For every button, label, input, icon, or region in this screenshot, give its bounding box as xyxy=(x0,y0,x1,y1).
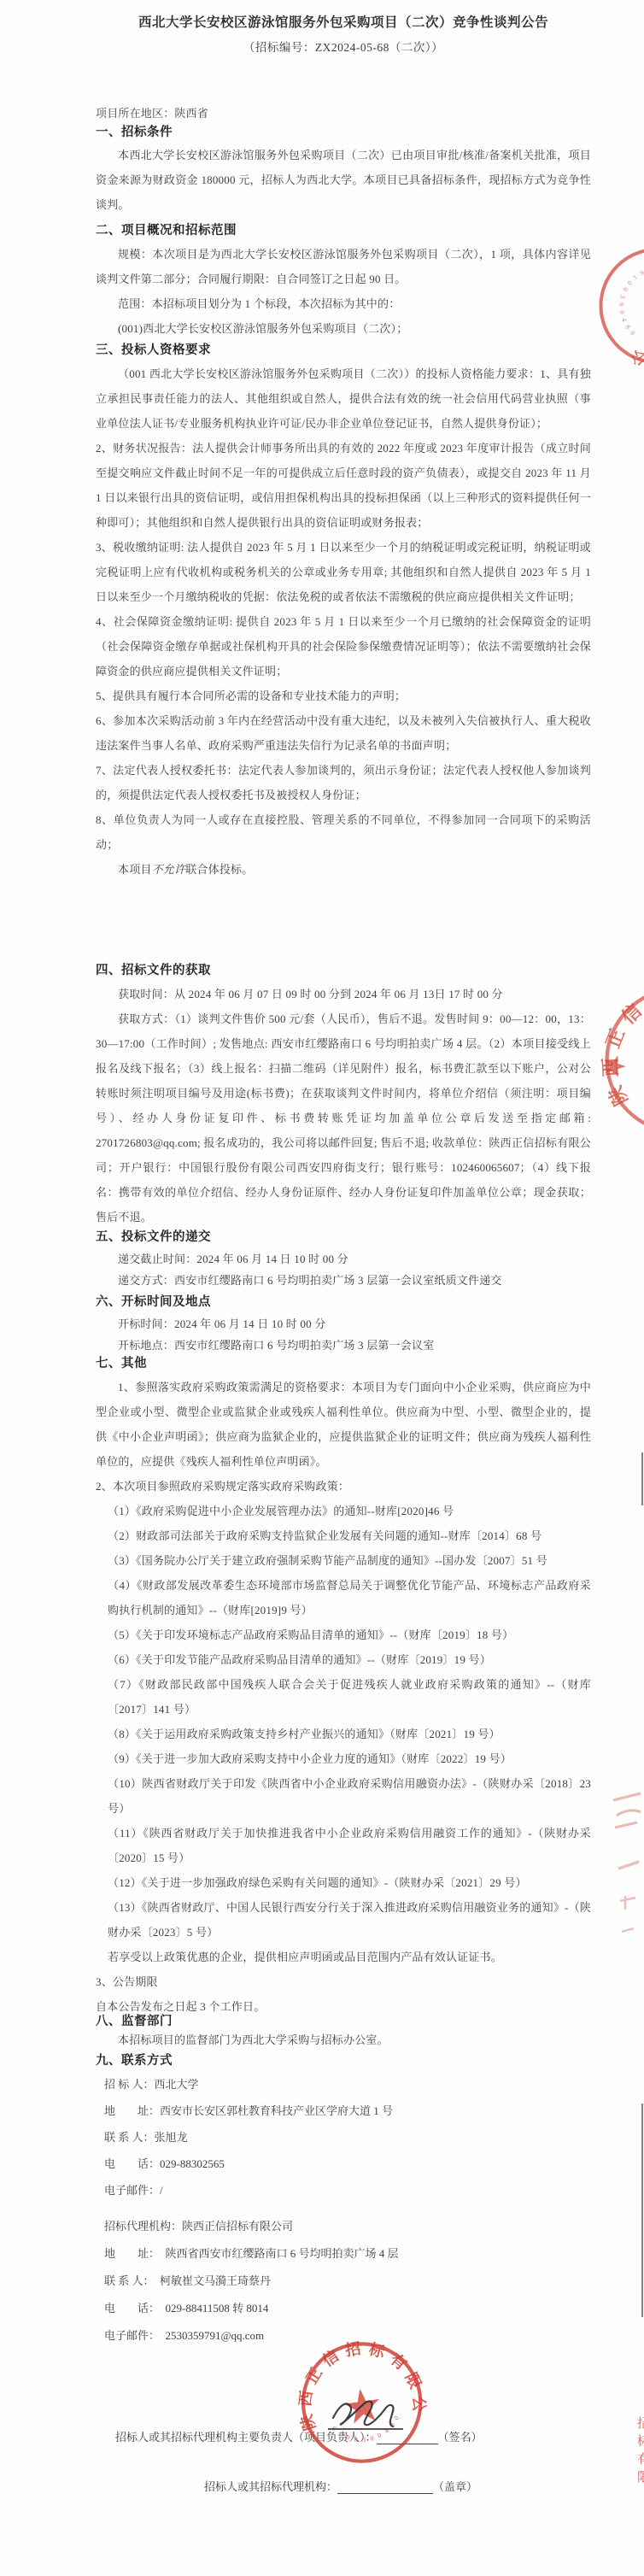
contact-row: 电 话： 029-88411508 转 8014 xyxy=(104,2295,600,2322)
section-3-heading: 三、投标人资格要求 xyxy=(96,340,591,358)
policy-item: （9）《关于进一步加大政府采购支持中小企业力度的通知》（财库〔2022〕19 号… xyxy=(96,1746,591,1771)
contact-row: 联 系 人：张旭龙 xyxy=(104,2124,600,2151)
policy-item: （3）《国务院办公厅关于建立政府强制采购节能产品制度的通知》--国办发〔2007… xyxy=(96,1548,591,1573)
paragraph: 4、社会保障资金缴纳证明: 提供自 2023 年 5 月 1 日以来至少一个月已… xyxy=(96,609,591,684)
contact-label: 联 系 人： xyxy=(104,2274,160,2287)
contact-value: 柯敏崔文马漪王琦蔡丹 xyxy=(160,2274,271,2287)
contact-row: 联 系 人： 柯敏崔文马漪王琦蔡丹 xyxy=(104,2268,600,2295)
note-suffix: 联合体投标。 xyxy=(185,863,253,876)
agency-contact-block: 招标代理机构：陕西正信招标有限公司 地 址： 陕西省西安市红缨路南口 6 号均明… xyxy=(96,2213,600,2350)
contact-value: 陕西省西安市红缨路南口 6 号均明拍卖广场 4 层 xyxy=(166,2247,399,2260)
contact-row: 电 话：029-88302565 xyxy=(104,2151,600,2177)
company-seal: 陕西正信招标有限公司 ★ 6100300480143 xyxy=(287,2327,438,2482)
section-1-body: 本西北大学长安校区游泳馆服务外包采购项目（二次）已由项目审批/核准/备案机关批准… xyxy=(96,143,591,217)
paragraph: 3、税收缴纳证明: 法人提供自 2023 年 5 月 1 日以来至少一个月的纳税… xyxy=(96,535,591,609)
section-2-body: 规模：本次项目是为西北大学长安校区游泳馆服务外包采购项目（二次），1 项，具体内… xyxy=(96,242,591,341)
contact-row: 地 址： 陕西省西安市红缨路南口 6 号均明拍卖广场 4 层 xyxy=(104,2240,600,2268)
note-prefix: 本项目 xyxy=(118,863,152,876)
paragraph: 递交截止时间：2024 年 06 月 14 日 10 时 00 分 xyxy=(96,1249,591,1270)
section-7-heading: 七、其他 xyxy=(96,1353,591,1371)
contact-row: 电子邮件： 2530359791@qq.com xyxy=(104,2322,600,2350)
policy-item: （7）《财政部民政部中国残疾人联合会关于促进残疾人就业政府采购政策的通知》--（… xyxy=(96,1672,591,1722)
contact-row: 电子邮件：/ xyxy=(104,2177,600,2203)
section-8-heading: 八、监督部门 xyxy=(96,2011,591,2029)
contact-label: 电 话： xyxy=(104,2302,166,2315)
document-page: 西北大学长安校区游泳馆服务外包采购项目（二次）竞争性谈判公告 （招标编号：ZX2… xyxy=(0,0,644,2576)
contact-label: 电子邮件： xyxy=(104,2184,160,2197)
paragraph: 7、法定代表人授权委托书：法定代表人参加谈判的，须出示身份证；法定代表人授权他人… xyxy=(96,758,591,807)
contact-value: 西安市长安区郭杜教育科技产业区学府大道 1 号 xyxy=(160,2104,393,2117)
policy-item: （5）《关于印发环境标志产品政府采购品目清单的通知》--（财库〔2019〕18 … xyxy=(96,1622,591,1647)
no-consortium-note: 本项目不允许联合体投标。 xyxy=(96,857,591,882)
paragraph: 若享受以上政策优惠的企业，提供相应声明函或品目范围内产品有效认证证书。 xyxy=(96,1945,591,1969)
paragraph: 本招标项目的监督部门为西北大学采购与招标办公室。 xyxy=(96,2030,591,2051)
faint-seal-marks xyxy=(608,1790,644,1961)
signature-prefix: 招标人或其招标代理机构主要负责人（项目负责人）： xyxy=(115,2431,377,2444)
section-6-body: 开标时间：2024 年 06 月 14 日 10 时 00 分 开标地点：西安市… xyxy=(96,1314,591,1356)
paragraph: 开标时间：2024 年 06 月 14 日 10 时 00 分 xyxy=(96,1314,591,1335)
note-emphasis: 不允许 xyxy=(152,863,186,876)
seal-company-text: 陕西正信招标有限公司 xyxy=(626,232,644,380)
svg-text:6100300480143: 6100300480143 xyxy=(612,234,644,352)
policy-item: （1）《政府采购促进中小企业发展管理办法》的通知--财库[2020]46 号 xyxy=(96,1499,591,1523)
paragraph: 8、单位负责人为同一人或存在直接控股、管理关系的不同单位，不得参加同一合同项下的… xyxy=(96,807,591,857)
policy-item: （12）《关于进一步加强政府绿色采购有关问题的通知》-（陕财办采〔2021〕29… xyxy=(96,1870,591,1895)
paragraph: （001 西北大学长安校区游泳馆服务外包采购项目（二次））的投标人资格能力要求：… xyxy=(96,361,591,436)
section-9-heading: 九、联系方式 xyxy=(96,2051,591,2068)
policy-item: （11）《陕西省财政厅关于加快推进我省中小企业政府采购信用融资工作的通知》-（陕… xyxy=(96,1821,591,1870)
contact-value: 2530359791@qq.com xyxy=(166,2329,265,2342)
policy-item: （6）《关于印发节能产品政府采购品目清单的通知》--（财库〔2019〕19 号） xyxy=(96,1647,591,1672)
contact-value: 陕西正信招标有限公司 xyxy=(182,2220,293,2233)
page-title: 西北大学长安校区游泳馆服务外包采购项目（二次）竞争性谈判公告 xyxy=(96,12,591,31)
signature-blank xyxy=(377,2432,438,2444)
section-5-body: 递交截止时间：2024 年 06 月 14 日 10 时 00 分 递交方式：西… xyxy=(96,1249,591,1291)
contact-value: 西北大学 xyxy=(155,2078,199,2091)
section-3-body: （001 西北大学长安校区游泳馆服务外包采购项目（二次））的投标人资格能力要求：… xyxy=(96,361,591,882)
paragraph: 获取时间：从 2024 年 06 月 07 日 09 时 00 分到 2024 … xyxy=(96,982,591,1006)
paragraph: 范围：本招标项目划分为 1 个标段，本次招标为其中的： xyxy=(96,291,591,316)
contact-label: 联 系 人： xyxy=(104,2131,155,2144)
paragraph: 规模：本次项目是为西北大学长安校区游泳馆服务外包采购项目（二次），1 项，具体内… xyxy=(96,242,591,291)
paragraph: 2、财务状况报告：法人提供会计师事务所出具的有效的 2022 年度或 2023 … xyxy=(96,436,591,535)
section-7-body: 1、参照落实政府采购政策需满足的资格要求：本项目为专门面向中小企业采购，供应商应… xyxy=(96,1375,591,2019)
paragraph: 6、参加本次采购活动前 3 年内在经营活动中没有重大违纪，以及未被列入失信被执行… xyxy=(96,708,591,758)
edge-seal-vertical-text: 招标有限 xyxy=(634,2416,644,2488)
paragraph: 5、提供具有履行本合同所必需的设备和专业技术能力的声明； xyxy=(96,684,591,708)
paragraph: 2、本次项目参照政府采购规定落实政府采购政策： xyxy=(96,1474,591,1499)
policy-item: （8）《关于运用政府采购政策支持乡村产业振兴的通知》（财库〔2021〕19 号） xyxy=(96,1722,591,1746)
contact-label: 招 标 人： xyxy=(104,2078,155,2091)
contact-label: 招标代理机构： xyxy=(104,2220,182,2233)
stamp-prefix: 招标人或其招标代理机构： xyxy=(204,2480,337,2493)
scan-artifact-line xyxy=(641,1452,643,1505)
seal-star-fragment-icon: ★ xyxy=(597,1046,632,1086)
paragraph: 1、参照落实政府采购政策需满足的资格要求：本项目为专门面向中小企业采购，供应商应… xyxy=(96,1375,591,1474)
policy-item: （13）《陕西省财政厅、中国人民银行西安分行关于深入推进政府采购信用融资业务的通… xyxy=(96,1895,591,1945)
signature-line: 招标人或其招标代理机构主要负责人（项目负责人）：（签名） xyxy=(104,2415,600,2458)
paragraph: 本西北大学长安校区游泳馆服务外包采购项目（二次）已由项目审批/核准/备案机关批准… xyxy=(96,143,591,217)
stamp-suffix: （盖章） xyxy=(433,2480,477,2493)
tenderer-contact-block: 招 标 人：西北大学 地 址：西安市长安区郭杜教育科技产业区学府大道 1 号 联… xyxy=(96,2071,600,2203)
section-4-heading: 四、招标文件的获取 xyxy=(96,960,591,978)
paragraph: 获取方式：（1）谈判文件售价 500 元/套（人民币），售后不退。发售时间 9：… xyxy=(96,1006,591,1229)
contact-row: 地 址：西安市长安区郭杜教育科技产业区学府大道 1 号 xyxy=(104,2098,600,2124)
contact-label: 地 址： xyxy=(104,2247,166,2260)
contact-value: 张旭龙 xyxy=(155,2131,188,2144)
section-2-heading: 二、项目概况和招标范围 xyxy=(96,220,591,238)
title-block: 西北大学长安校区游泳馆服务外包采购项目（二次）竞争性谈判公告 （招标编号：ZX2… xyxy=(96,12,591,55)
tender-number: （招标编号：ZX2024-05-68（二次）） xyxy=(96,38,591,55)
section-6-heading: 六、开标时间及地点 xyxy=(96,1292,591,1310)
section-8-body: 本招标项目的监督部门为西北大学采购与招标办公室。 xyxy=(96,2030,591,2051)
section-1-heading: 一、招标条件 xyxy=(96,122,591,140)
contact-row: 招 标 人：西北大学 xyxy=(104,2071,600,2098)
section-4-body: 获取时间：从 2024 年 06 月 07 日 09 时 00 分到 2024 … xyxy=(96,982,591,1229)
policy-item: （4）《财政部发展改革委生态环境部市场监督总局关于调整优化节能产品、环境标志产品… xyxy=(96,1573,591,1622)
contact-value: 029-88302565 xyxy=(160,2157,225,2170)
policy-item: （2）财政部司法部关于政府采购支持监狱企业发展有关问题的通知--财库〔2014〕… xyxy=(96,1523,591,1548)
contact-value: 029-88411508 转 8014 xyxy=(166,2302,269,2315)
signature-suffix: （签名） xyxy=(438,2431,483,2444)
contact-row: 招标代理机构：陕西正信招标有限公司 xyxy=(104,2213,600,2240)
paragraph: (001)西北大学长安校区游泳馆服务外包采购项目（二次）； xyxy=(96,316,591,341)
contact-label: 地 址： xyxy=(104,2104,160,2117)
paragraph: 3、公告期限 xyxy=(96,1969,591,1994)
seal-serial-text: 6100300480143 xyxy=(612,234,644,352)
stamp-blank xyxy=(337,2482,433,2494)
paragraph: 递交方式：西安市红缨路南口 6 号均明拍卖广场 3 层第一会议室纸质文件递交 xyxy=(96,1270,591,1292)
svg-text:陕西正信招标有限公司: 陕西正信招标有限公司 xyxy=(626,232,644,380)
contact-label: 电 话： xyxy=(104,2157,160,2170)
section-5-heading: 五、投标文件的递交 xyxy=(96,1227,591,1245)
contact-label: 电子邮件： xyxy=(104,2329,166,2342)
scan-artifact-line xyxy=(641,2104,643,2317)
contact-value: / xyxy=(160,2184,163,2197)
stamp-line: 招标人或其招标代理机构：（盖章） xyxy=(193,2464,644,2508)
policy-item: （10）陕西省财政厅关于印发《陕西省中小企业政府采购信用融资办法》-（陕财办采〔… xyxy=(96,1771,591,1821)
